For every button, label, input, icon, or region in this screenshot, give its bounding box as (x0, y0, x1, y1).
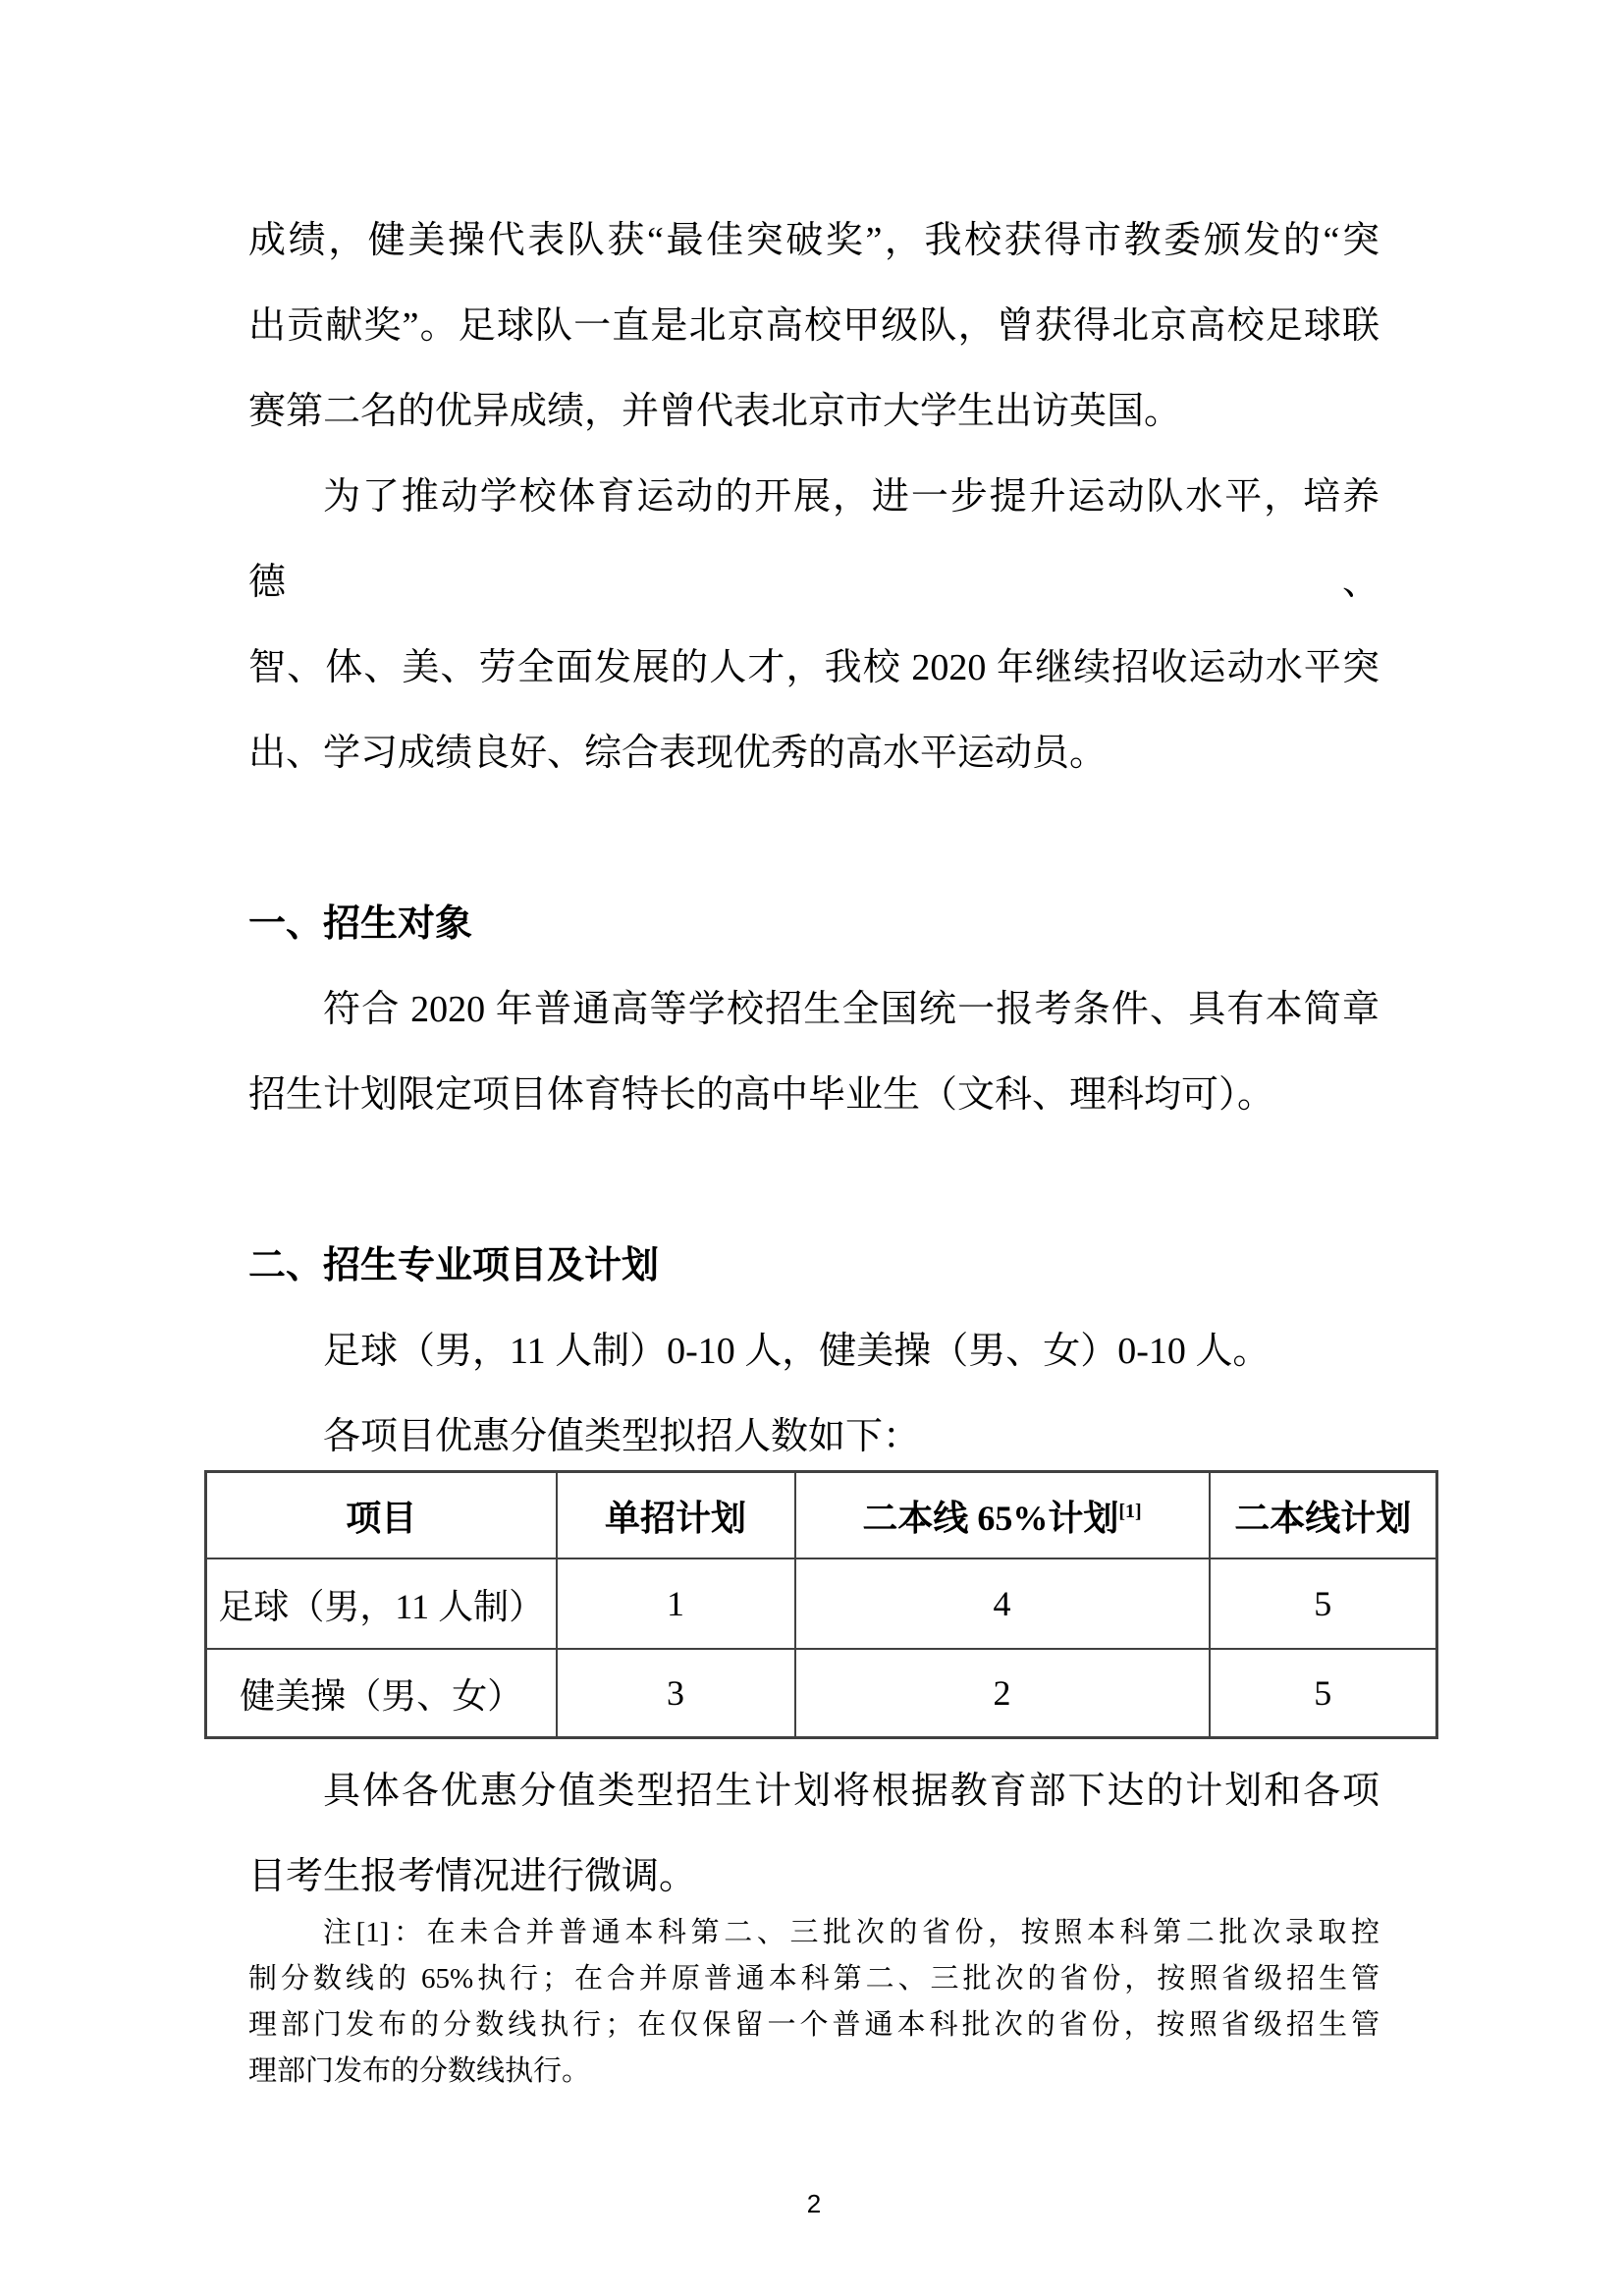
paragraph-purpose: 为了推动学校体育运动的开展，进一步提升运动队水平，培养德、 智、体、美、劳全面发… (248, 455, 1380, 796)
section-heading-programs-plan: 二、招生专业项目及计划 (248, 1224, 1380, 1309)
table-row-aerobics: 健美操（男、女） 3 2 5 (206, 1649, 1437, 1738)
table-header-65-percent-label: 二本线 65%计划 (862, 1499, 1118, 1538)
section-heading-recruitment-target: 一、招生对象 (248, 882, 1380, 967)
table-cell-value: 2 (795, 1649, 1210, 1738)
text-line: 出、学习成绩良好、综合表现优秀的高水平运动员。 (248, 711, 1380, 796)
table-cell-value: 4 (795, 1558, 1210, 1649)
table-cell-label: 足球（男，11 人制） (206, 1558, 557, 1649)
text-line: 制分数线的 65%执行；在合并原普通本科第二、三批次的省份，按照省级招生管 (248, 1956, 1380, 2002)
table-cell-value: 5 (1210, 1649, 1437, 1738)
paragraph-quota: 足球（男，11 人制）0-10 人，健美操（男、女）0-10 人。 (248, 1309, 1380, 1394)
page-content: 成绩，健美操代表队获“最佳突破奖”，我校获得市教委颁发的“突 出贡献奖”。足球队… (248, 0, 1380, 2218)
table-header-65-percent-line: 二本线 65%计划[1] (795, 1472, 1210, 1559)
text-line: 智、体、美、劳全面发展的人才，我校 2020 年继续招收运动水平突 (248, 626, 1380, 711)
table-cell-label: 健美操（男、女） (206, 1649, 557, 1738)
table-cell-value: 5 (1210, 1558, 1437, 1649)
paragraph-eligibility: 符合 2020 年普通高等学校招生全国统一报考条件、具有本简章 招生计划限定项目… (248, 967, 1380, 1138)
text-line: 符合 2020 年普通高等学校招生全国统一报考条件、具有本简章 (248, 967, 1380, 1053)
text-line: 目考生报考情况进行微调。 (248, 1834, 1380, 1920)
table-row-football: 足球（男，11 人制） 1 4 5 (206, 1558, 1437, 1649)
text-line: 为了推动学校体育运动的开展，进一步提升运动队水平，培养德、 (248, 455, 1380, 626)
table-header-row: 项目 单招计划 二本线 65%计划[1] 二本线计划 (206, 1472, 1437, 1559)
footnote-marker: [1] (1118, 1501, 1141, 1522)
text-line: 理部门发布的分数线执行；在仅保留一个普通本科批次的省份，按照省级招生管 (248, 2002, 1380, 2049)
table-cell-value: 1 (557, 1558, 795, 1649)
blank-line (248, 1138, 1380, 1224)
text-line: 足球（男，11 人制）0-10 人，健美操（男、女）0-10 人。 (248, 1309, 1380, 1394)
paragraph-achievements: 成绩，健美操代表队获“最佳突破奖”，我校获得市教委颁发的“突 出贡献奖”。足球队… (248, 198, 1380, 455)
table-header-single-recruit: 单招计划 (557, 1472, 795, 1559)
document-page: 成绩，健美操代表队获“最佳突破奖”，我校获得市教委颁发的“突 出贡献奖”。足球队… (0, 0, 1623, 2296)
text-line: 出贡献奖”。足球队一直是北京高校甲级队，曾获得北京高校足球联 (248, 284, 1380, 369)
text-line: 招生计划限定项目体育特长的高中毕业生（文科、理科均可）。 (248, 1053, 1380, 1138)
blank-line (248, 796, 1380, 882)
footnote-paragraph: 注[1]：在未合并普通本科第二、三批次的省份，按照本科第二批次录取控 制分数线的… (248, 1910, 1380, 2095)
table-header-project: 项目 (206, 1472, 557, 1559)
page-number: 2 (248, 2189, 1380, 2218)
paragraph-table-intro: 各项目优惠分值类型拟招人数如下： (248, 1394, 1380, 1480)
paragraph-adjustment: 具体各优惠分值类型招生计划将根据教育部下达的计划和各项 目考生报考情况进行微调。 (248, 1749, 1380, 1920)
text-line: 赛第二名的优异成绩，并曾代表北京市大学生出访英国。 (248, 369, 1380, 455)
text-line: 各项目优惠分值类型拟招人数如下： (248, 1394, 1380, 1480)
admission-plan-table: 项目 单招计划 二本线 65%计划[1] 二本线计划 足球（男，11 人制） 1… (204, 1470, 1438, 1739)
text-line: 理部门发布的分数线执行。 (248, 2049, 1380, 2095)
text-line: 具体各优惠分值类型招生计划将根据教育部下达的计划和各项 (248, 1749, 1380, 1834)
table-header-second-tier-line: 二本线计划 (1210, 1472, 1437, 1559)
text-line: 成绩，健美操代表队获“最佳突破奖”，我校获得市教委颁发的“突 (248, 198, 1380, 284)
table-cell-value: 3 (557, 1649, 795, 1738)
text-line: 注[1]：在未合并普通本科第二、三批次的省份，按照本科第二批次录取控 (248, 1910, 1380, 1956)
